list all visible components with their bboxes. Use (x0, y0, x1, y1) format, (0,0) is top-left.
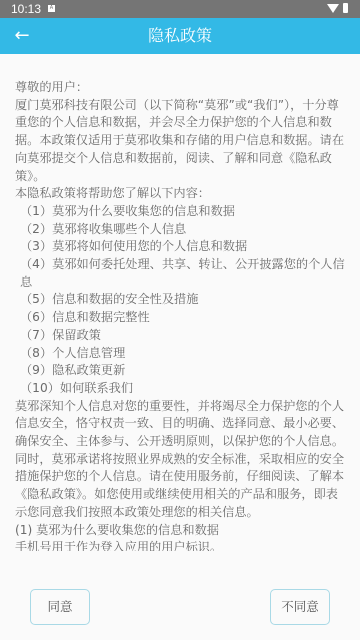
intro-paragraph: 厦门莫邪科技有限公司（以下简称“莫邪”或“我们”），十分尊重您的个人信息和数据，… (15, 97, 347, 186)
commitment-paragraph: 莫邪深知个人信息对您的重要性，并将竭尽全力保护您的个人信息安全，恪守权责一致、目… (15, 398, 347, 522)
toc-item: （8）个人信息管理 (15, 345, 347, 363)
status-time: 10:13 (11, 1, 41, 17)
section1-body: 手机号用于作为登入应用的用户标识。 (15, 539, 347, 551)
battery-icon (343, 3, 348, 13)
toolbar: ← 隐私政策 (0, 18, 360, 54)
greeting: 尊敬的用户： (15, 79, 347, 97)
wifi-icon (327, 4, 339, 13)
notification-a-icon: A (48, 5, 55, 12)
toc-item: （4）莫邪如何委托处理、共享、转让、公开披露您的个人信息 (15, 256, 347, 291)
page-title: 隐私政策 (0, 18, 360, 54)
toc-item: （5）信息和数据的安全性及措施 (15, 291, 347, 309)
status-bar: 10:13 A (0, 0, 360, 18)
toc-item: （7）保留政策 (15, 327, 347, 345)
toc-item: （3）莫邪将如何使用您的个人信息和数据 (15, 238, 347, 256)
toc-intro: 本隐私政策将帮助您了解以下内容： (15, 185, 347, 203)
toc-item: （6）信息和数据完整性 (15, 309, 347, 327)
back-arrow-icon[interactable]: ← (12, 24, 32, 48)
toc-item: （2）莫邪将收集哪些个人信息 (15, 221, 347, 239)
privacy-policy-content[interactable]: 尊敬的用户： 厦门莫邪科技有限公司（以下简称“莫邪”或“我们”），十分尊重您的个… (15, 79, 347, 551)
agree-button[interactable]: 同意 (30, 589, 90, 625)
section1-title: (1) 莫邪为什么要收集您的信息和数据 (15, 522, 347, 540)
toc-item: （1）莫邪为什么要收集您的信息和数据 (15, 203, 347, 221)
disagree-button[interactable]: 不同意 (270, 589, 330, 625)
toc-item: （10）如何联系我们 (15, 380, 347, 398)
toc-item: （9）隐私政策更新 (15, 362, 347, 380)
